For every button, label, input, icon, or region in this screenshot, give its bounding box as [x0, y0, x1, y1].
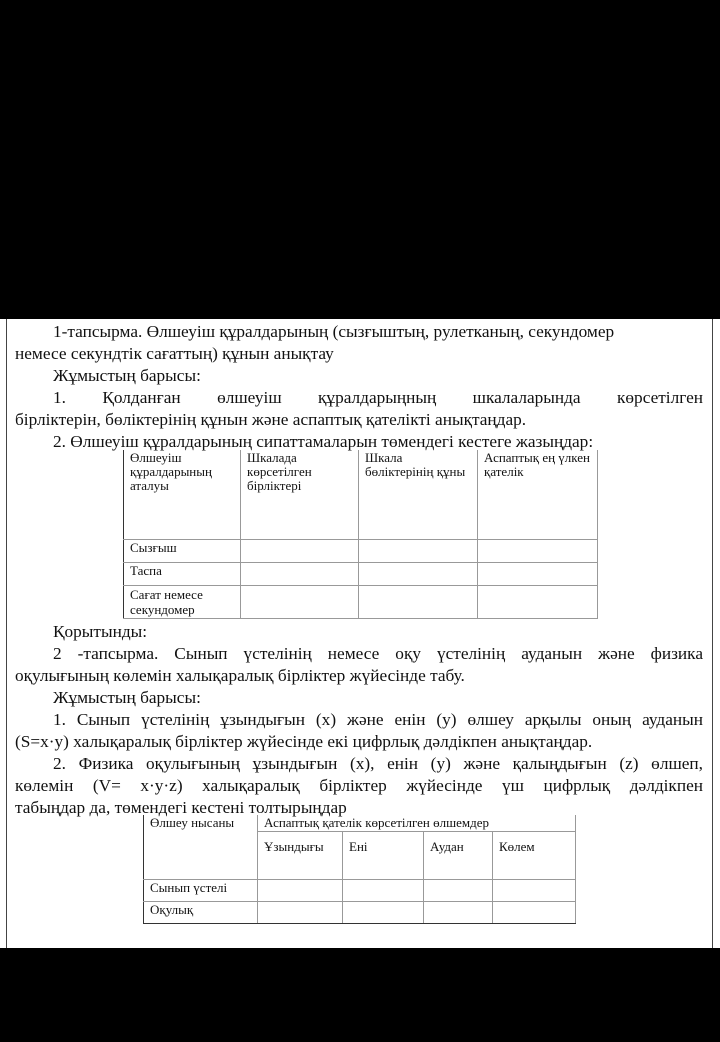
table-cell[interactable]: [241, 586, 359, 619]
table-cell[interactable]: [343, 880, 424, 902]
header-scale-units: Шкалада көрсетілген бірліктері: [241, 450, 359, 540]
subheader-width: Ені: [343, 832, 424, 880]
table-cell[interactable]: [478, 563, 598, 586]
table-cell[interactable]: [258, 880, 343, 902]
subheader-area: Аудан: [424, 832, 493, 880]
table-cell[interactable]: [359, 586, 478, 619]
page-left-border: [6, 319, 7, 948]
subheader-length: Ұзындығы: [258, 832, 343, 880]
table-cell[interactable]: [359, 563, 478, 586]
header-measurements-group: Аспаптық қателік көрсетілген өлшемдер: [258, 815, 576, 832]
table-row: Таспа: [124, 563, 598, 586]
header-max-error: Аспаптық ең үлкен қателік: [478, 450, 598, 540]
task2-step2: 2. Физика оқулығының ұзындығын (x), енін…: [53, 753, 703, 775]
page-right-border: [712, 319, 713, 948]
task2-title-cont: оқулығының көлемін халықаралық бірліктер…: [15, 665, 465, 687]
table-cell[interactable]: [241, 540, 359, 563]
task1-title: 1-тапсырма. Өлшеуіш құралдарының (сызғыш…: [53, 321, 614, 343]
header-division-value: Шкала бөліктерінің құны: [359, 450, 478, 540]
table-row: Сынып үстелі: [144, 880, 576, 902]
task1-step1: 1. Қолданған өлшеуіш құралдарыңның шкала…: [53, 387, 703, 409]
task2-title: 2 -тапсырма. Сынып үстелінің немесе оқу …: [53, 643, 703, 665]
task2-step1: 1. Сынып үстелінің ұзындығын (x) және ен…: [53, 709, 703, 731]
table-cell[interactable]: [343, 902, 424, 924]
row-label: Оқулық: [144, 902, 258, 924]
table-cell[interactable]: [258, 902, 343, 924]
table-cell[interactable]: [359, 540, 478, 563]
task1-title-cont: немесе секундтік сағаттың) құнын анықтау: [15, 343, 334, 365]
instruments-table: Өлшеуіш құралдарының аталуы Шкалада көрс…: [123, 450, 598, 619]
row-label: Сызғыш: [124, 540, 241, 563]
table-row: Сағат немесе секундомер: [124, 586, 598, 619]
row-label: Таспа: [124, 563, 241, 586]
measurements-table: Өлшеу нысаны Аспаптық қателік көрсетілге…: [143, 815, 576, 924]
row-label: Сынып үстелі: [144, 880, 258, 902]
table-cell[interactable]: [424, 880, 493, 902]
task2-progress-label: Жұмыстың барысы:: [53, 687, 201, 709]
table-cell[interactable]: [493, 902, 576, 924]
task2-step2-cont: көлемін (V= x·y·z) халықаралық бірліктер…: [15, 775, 703, 797]
subheader-volume: Көлем: [493, 832, 576, 880]
task1-progress-label: Жұмыстың барысы:: [53, 365, 201, 387]
row-label: Сағат немесе секундомер: [124, 586, 241, 619]
task1-conclusion-label: Қорытынды:: [53, 621, 147, 643]
table-cell[interactable]: [241, 563, 359, 586]
header-instrument-name: Өлшеуіш құралдарының аталуы: [124, 450, 241, 540]
table-cell[interactable]: [493, 880, 576, 902]
table-cell[interactable]: [478, 586, 598, 619]
task1-step1-cont: бірліктерін, бөліктерінің құнын және асп…: [15, 409, 526, 431]
table-row: Сызғыш: [124, 540, 598, 563]
document-page: 1-тапсырма. Өлшеуіш құралдарының (сызғыш…: [0, 319, 720, 948]
header-object: Өлшеу нысаны: [144, 815, 258, 880]
task2-step1-cont: (S=x·y) халықаралық бірліктер жүйесінде …: [15, 731, 592, 753]
table-cell[interactable]: [478, 540, 598, 563]
table-cell[interactable]: [424, 902, 493, 924]
table-row: Оқулық: [144, 902, 576, 924]
